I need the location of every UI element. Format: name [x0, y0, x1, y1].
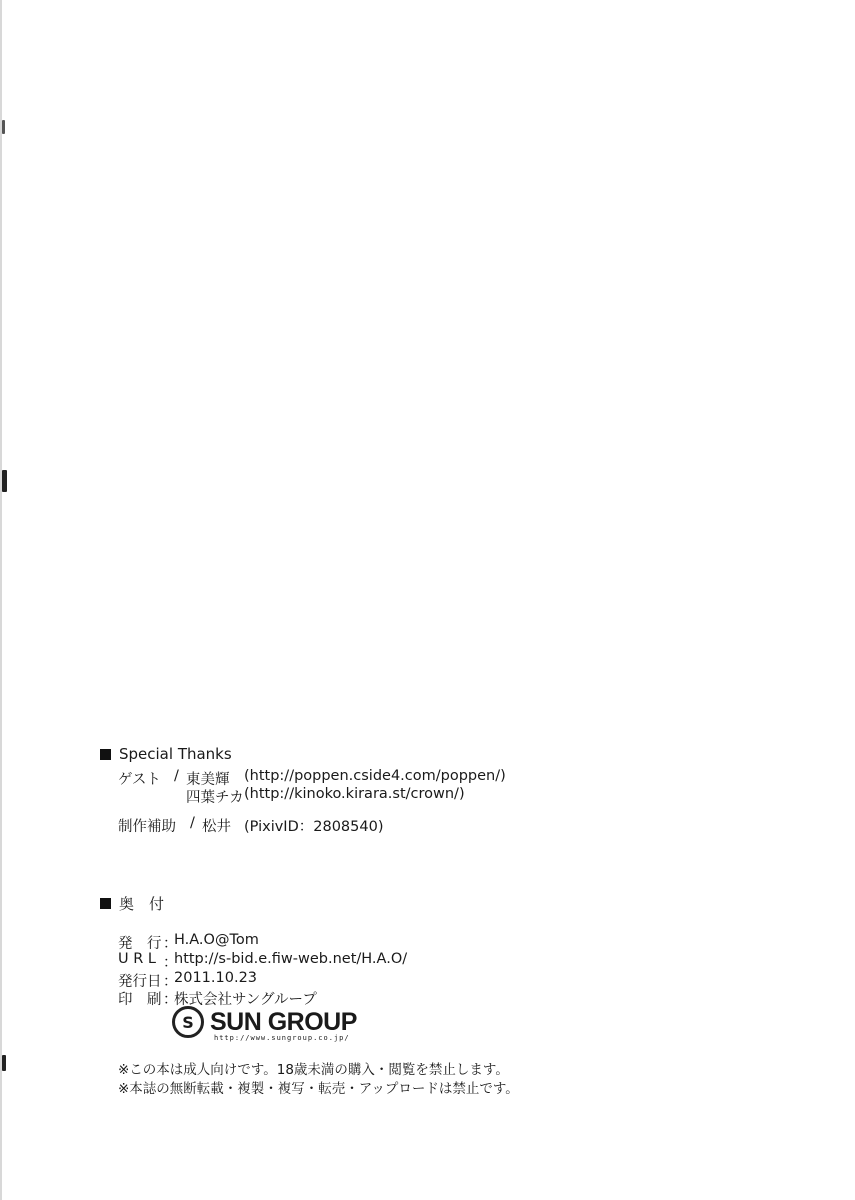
square-bullet-icon: [100, 898, 111, 909]
guest-name-2: 四葉チカ: [186, 786, 244, 807]
guest-row-1: ゲスト: [118, 768, 161, 789]
printer-label: 印 刷: [118, 988, 162, 1009]
scan-artifact: [2, 120, 5, 134]
slash: /: [174, 768, 179, 784]
guest-label: ゲスト: [118, 772, 161, 788]
logo-url: http://www.sungroup.co.jp/: [214, 1034, 350, 1042]
url-label: U R L: [118, 951, 156, 967]
assist-name: 松井: [202, 815, 231, 836]
logo-text: SUN GROUP: [210, 1010, 357, 1035]
colophon-heading: 奥 付: [100, 893, 164, 914]
assist-id: (PixivID：2808540): [244, 815, 383, 836]
copyright-notice: ※本誌の無断転載・複製・複写・転売・アップロードは禁止です。: [118, 1077, 519, 1097]
scan-artifact: [2, 1055, 6, 1071]
square-bullet-icon: [100, 749, 111, 760]
publisher-value: H.A.O@Tom: [174, 932, 259, 948]
date-value: 2011.10.23: [174, 970, 257, 986]
scan-artifact: [2, 470, 7, 492]
sun-group-logo-icon: S: [172, 1006, 204, 1038]
guest-slash: /: [174, 768, 179, 784]
url-value[interactable]: http://s-bid.e.fiw-web.net/H.A.O/: [174, 951, 407, 967]
scan-edge: [0, 0, 2, 1200]
heading-text: Special Thanks: [119, 745, 232, 763]
adult-notice: ※この本は成人向けです。18歳未満の購入・閲覧を禁止します。: [118, 1058, 509, 1078]
publisher-label: 発 行: [118, 932, 162, 953]
assist-label: 制作補助: [118, 815, 176, 836]
guest-url-1: (http://poppen.cside4.com/poppen/): [244, 768, 506, 784]
assist-slash: /: [190, 815, 195, 831]
guest-url-2: (http://kinoko.kirara.st/crown/): [244, 786, 465, 802]
heading-text: 奥 付: [119, 893, 164, 914]
special-thanks-heading: Special Thanks: [100, 745, 232, 763]
